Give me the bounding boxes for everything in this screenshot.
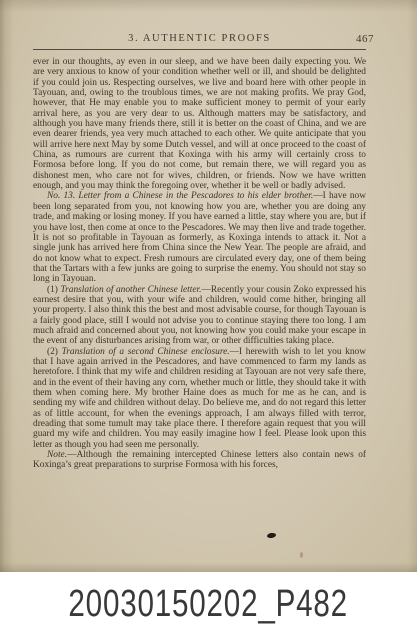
paragraph-note: Note.—Although the remaining intercepted…: [33, 450, 366, 471]
paragraph-text: —I have now been long separated from you…: [33, 191, 366, 284]
page-content: 3. AUTHENTIC PROOFS 467 ever in our thou…: [33, 33, 366, 471]
paragraph-text: —Although the remaining intercepted Chin…: [33, 450, 366, 470]
section-heading-italic: Translation of a second Chinese enclosur…: [62, 347, 230, 357]
section-heading-italic: Translation of another Chinese letter.: [60, 285, 201, 295]
running-title: 3. AUTHENTIC PROOFS: [128, 33, 271, 44]
section-number: (1): [47, 285, 60, 295]
ink-speck: [267, 532, 277, 538]
paragraph-enclosure-1: (1) Translation of another Chinese lette…: [33, 285, 366, 347]
archive-label-strip: 20030150202_P482: [0, 572, 417, 640]
page-number: 467: [356, 33, 374, 45]
paragraph-no13: No. 13. Letter from a Chinese in the Pes…: [33, 191, 366, 284]
body-text: ever in our thoughts, ay even in our sle…: [33, 57, 366, 471]
note-label-italic: Note.: [47, 450, 67, 460]
paragraph-continuation: ever in our thoughts, ay even in our sle…: [33, 57, 366, 191]
book-page-scan: 3. AUTHENTIC PROOFS 467 ever in our thou…: [0, 0, 417, 572]
section-number: (2): [47, 347, 62, 357]
ink-speck-small: [300, 552, 303, 558]
header-rule: [33, 49, 366, 50]
page-header: 3. AUTHENTIC PROOFS 467: [33, 33, 366, 45]
paragraph-text: ever in our thoughts, ay even in our sle…: [33, 57, 366, 191]
paragraph-text: —I herewith wish to let you know that I …: [33, 347, 366, 450]
scan-id-label: 20030150202_P482: [69, 583, 349, 626]
paragraph-enclosure-2: (2) Translation of a second Chinese encl…: [33, 347, 366, 450]
section-heading-italic: No. 13. Letter from a Chinese in the Pes…: [47, 191, 313, 201]
